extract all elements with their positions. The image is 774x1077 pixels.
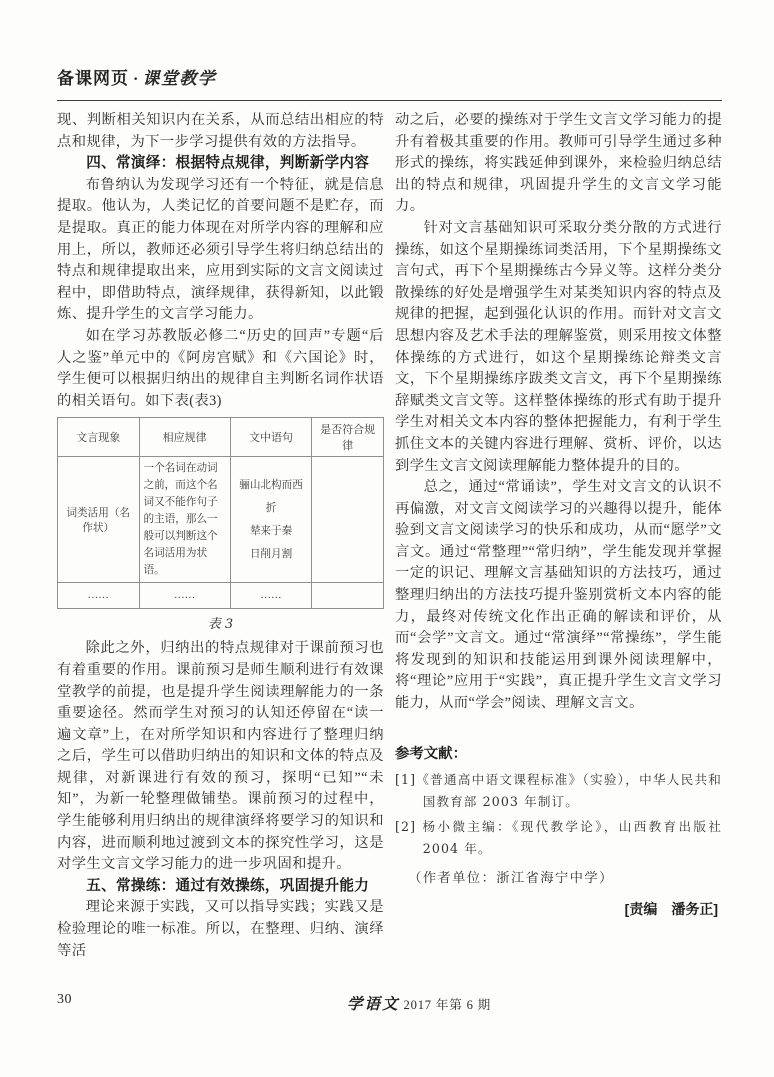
cell-sentences: 骊山北构而西折 辇来于秦 日削月割 bbox=[230, 457, 312, 583]
header-section-label: 备课网页 bbox=[57, 64, 129, 89]
editor-note: [责编 潘务正] bbox=[395, 899, 722, 919]
paragraph-theory: 理论来源于实践，又可以指导实践；实践又是检验理论的唯一标准。所以，在整理、归纳、… bbox=[57, 897, 384, 962]
sentence-line: 辇来于秦 bbox=[235, 520, 308, 543]
page-footer: 30 学语文 2017 年第 6 期 bbox=[57, 992, 722, 1008]
right-column: 动之后，必要的操练对于学生文言文学习能力的提升有着极其重要的作用。教师可引导学生… bbox=[395, 110, 722, 962]
cell-rule: 一个名词在动词之前，而这个名词又不能作句子的主语，那么一般可以判断这个名词活用为… bbox=[139, 457, 230, 583]
cell-phenomenon: 词类活用（名作状） bbox=[58, 457, 140, 583]
author-affiliation: （作者单位：浙江省海宁中学） bbox=[395, 867, 722, 886]
cell-conform-empty bbox=[312, 583, 384, 609]
table-caption: 表 3 bbox=[57, 613, 384, 632]
journal-issue: 2017 年第 6 期 bbox=[404, 998, 492, 1012]
journal-line: 学语文 2017 年第 6 期 bbox=[347, 992, 491, 1014]
table-row: 词类活用（名作状） 一个名词在动词之前，而这个名词又不能作句子的主语，那么一般可… bbox=[58, 457, 384, 583]
paragraph-bruner: 布鲁纳认为发现学习还有一个特征，就是信息提取。他认为，人类记忆的首要问题不是贮存… bbox=[57, 175, 384, 326]
table-row-ellipsis: …… …… …… bbox=[58, 583, 384, 609]
sentence-line: 骊山北构而西折 bbox=[235, 474, 308, 520]
header-column-title: 课堂教学 bbox=[142, 64, 216, 89]
table-header-conform: 是否符合规律 bbox=[312, 418, 384, 457]
table-header-sentence: 文中语句 bbox=[230, 418, 312, 457]
left-column: 现、判断相关知识内在关系，从而总结出相应的特点和规律，为下一步学习提供有效的方法… bbox=[57, 110, 384, 962]
paragraph-continuation: 动之后，必要的操练对于学生文言文学习能力的提升有着极其重要的作用。教师可引导学生… bbox=[395, 110, 722, 218]
reference-item-1: [1]《普通高中语文课程标准》（实验），中华人民共和国教育部 2003 年制订。 bbox=[395, 769, 722, 814]
header-separator-dot: · bbox=[133, 71, 138, 89]
section-heading-5: 五、常操练：通过有效操练，巩固提升能力 bbox=[57, 876, 384, 898]
paragraph-example: 如在学习苏教版必修二“历史的回声”专题“后人之鉴”单元中的《阿房宫赋》和《六国论… bbox=[57, 326, 384, 412]
table-header-phenomenon: 文言现象 bbox=[58, 418, 140, 457]
sentence-line: 日削月割 bbox=[235, 543, 308, 566]
paragraph-continuation: 现、判断相关知识内在关系，从而总结出相应的特点和规律，为下一步学习提供有效的方法… bbox=[57, 110, 384, 153]
reference-item-2: [2] 杨小微主编：《现代教学论》，山西教育出版社 2004 年。 bbox=[395, 816, 722, 861]
paragraph-practice: 针对文言基础知识可采取分类分散的方式进行操练，如这个星期操练词类活用，下个星期操… bbox=[395, 218, 722, 477]
section-heading-4: 四、常演绎：根据特点规律，判断新学内容 bbox=[57, 153, 384, 175]
page-header: 备课网页 · 课堂教学 bbox=[57, 64, 722, 101]
two-column-layout: 现、判断相关知识内在关系，从而总结出相应的特点和规律，为下一步学习提供有效的方法… bbox=[57, 110, 722, 962]
table-3: 文言现象 相应规律 文中语句 是否符合规律 词类活用（名作状） 一个名词在动词之… bbox=[57, 417, 384, 609]
references-section: 参考文献： [1]《普通高中语文课程标准》（实验），中华人民共和国教育部 200… bbox=[395, 742, 722, 919]
cell-ellipsis: …… bbox=[139, 583, 230, 609]
paragraph-preview: 除此之外，归纳出的特点规律对于课前预习也有着重要的作用。课前预习是师生顺利进行有… bbox=[57, 638, 384, 876]
journal-name: 学语文 bbox=[347, 994, 400, 1013]
page-number: 30 bbox=[57, 992, 72, 1008]
cell-conform-empty bbox=[312, 457, 384, 583]
paragraph-summary: 总之，通过“常诵读”，学生对文言文的认识不再偏激，对文言文阅读学习的兴趣得以提升… bbox=[395, 477, 722, 715]
scanned-journal-page: { "header": { "section": "备课网页", "dot": … bbox=[0, 0, 774, 1077]
references-title: 参考文献： bbox=[395, 742, 722, 763]
cell-ellipsis: …… bbox=[230, 583, 312, 609]
cell-ellipsis: …… bbox=[58, 583, 140, 609]
table-header-rule: 相应规律 bbox=[139, 418, 230, 457]
table-header-row: 文言现象 相应规律 文中语句 是否符合规律 bbox=[58, 418, 384, 457]
page-content: 备课网页 · 课堂教学 现、判断相关知识内在关系，从而总结出相应的特点和规律，为… bbox=[57, 64, 722, 962]
